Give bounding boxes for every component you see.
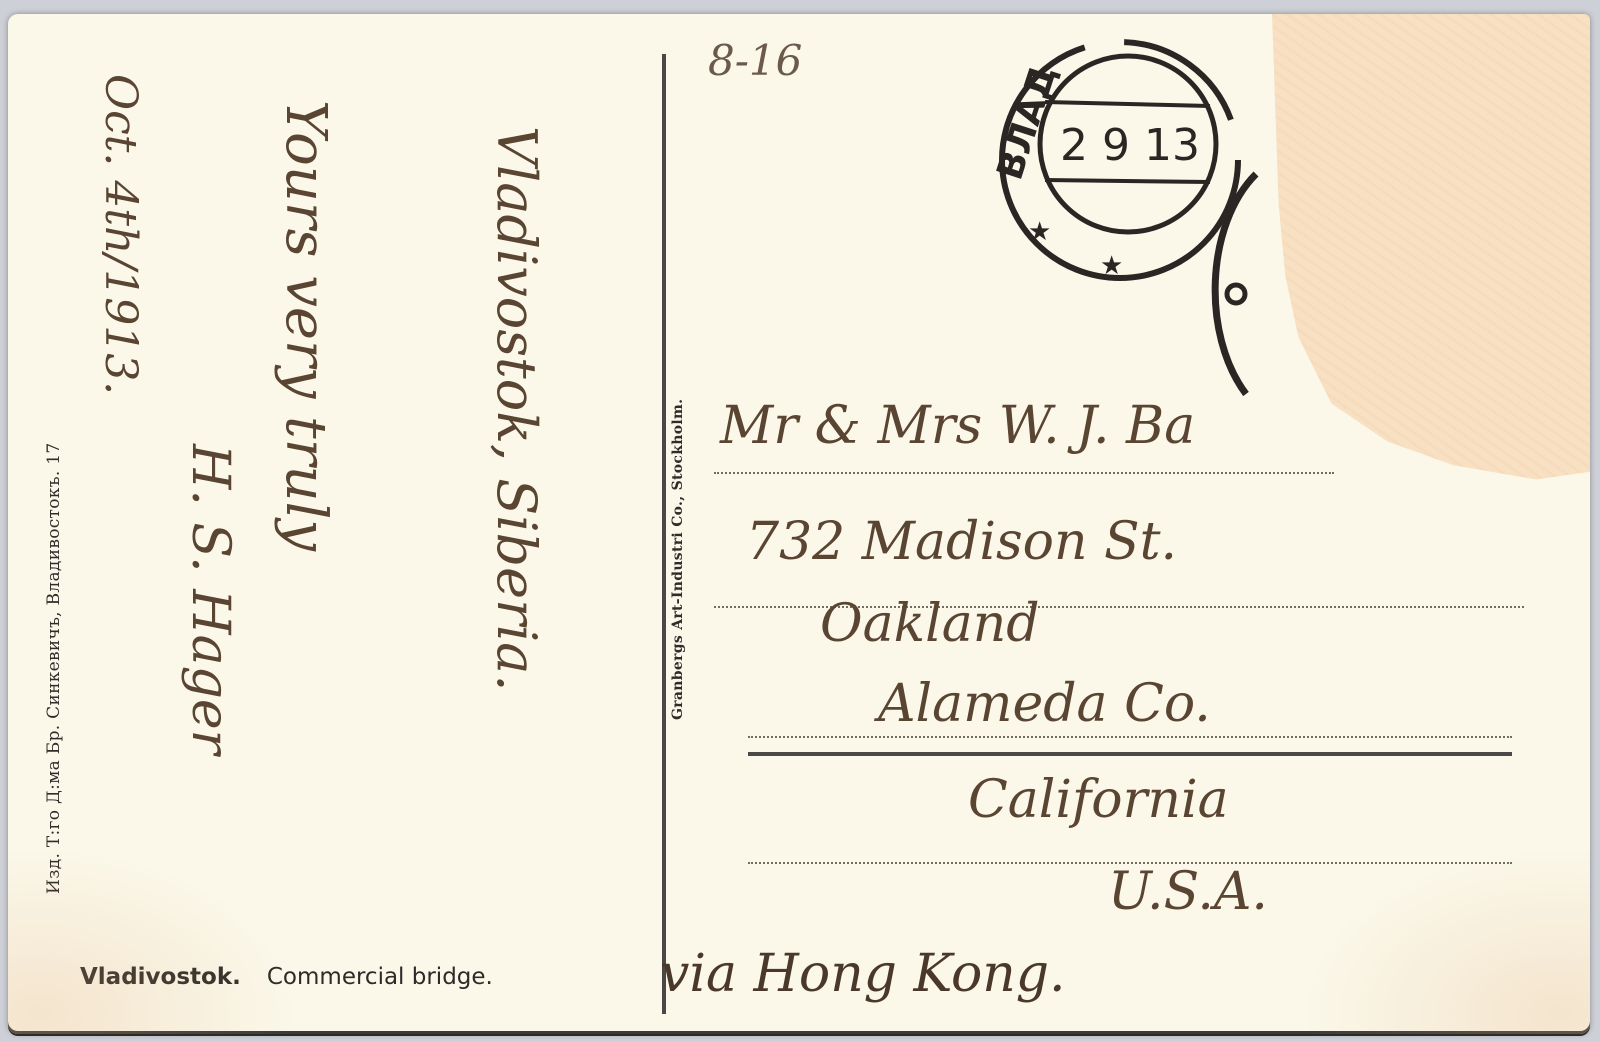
second-postmark-icon	[1196, 164, 1316, 404]
address-thick-rule	[748, 752, 1512, 756]
svg-text:★: ★	[1028, 217, 1051, 247]
torn-stamp-area	[1272, 14, 1590, 489]
printer-imprint: Granbergs Art-Industri Co., Stockholm.	[670, 399, 686, 720]
postmark-city: ВЛАД	[990, 61, 1065, 185]
publisher-imprint: Изд. Т:го Д:ма Бр. Синкевичъ, Владивосто…	[44, 443, 64, 894]
address-county: Alameda Co.	[878, 674, 1211, 734]
address-line-3	[748, 736, 1512, 738]
address-street: 732 Madison St.	[746, 512, 1177, 572]
handwritten-signature: H. S. Hager	[180, 444, 240, 755]
routing-note: via Hong Kong.	[660, 944, 1066, 1004]
address-name: Mr & Mrs W. J. Ba	[720, 396, 1195, 456]
handwritten-location: Vladivostok, Siberia.	[485, 126, 548, 692]
center-divider	[662, 54, 666, 1014]
card-caption: Vladivostok.Commercial bridge.	[80, 964, 493, 990]
address-state: California	[968, 770, 1229, 830]
corner-note: 8-16	[708, 36, 802, 85]
handwritten-closing: Yours very truly	[273, 100, 338, 551]
caption-place: Vladivostok.	[80, 964, 241, 990]
handwritten-date: Oct. 4th/1913.	[95, 74, 146, 395]
postmark-date: 2 9 13	[1060, 120, 1200, 171]
address-city: Oakland	[820, 594, 1040, 654]
caption-subject: Commercial bridge.	[267, 964, 493, 990]
postcard: Изд. Т:го Д:ма Бр. Синкевичъ, Владивосто…	[8, 14, 1590, 1034]
address-line-1	[714, 472, 1334, 474]
svg-text:★: ★	[1100, 251, 1123, 281]
address-country: U.S.A.	[1108, 862, 1268, 922]
